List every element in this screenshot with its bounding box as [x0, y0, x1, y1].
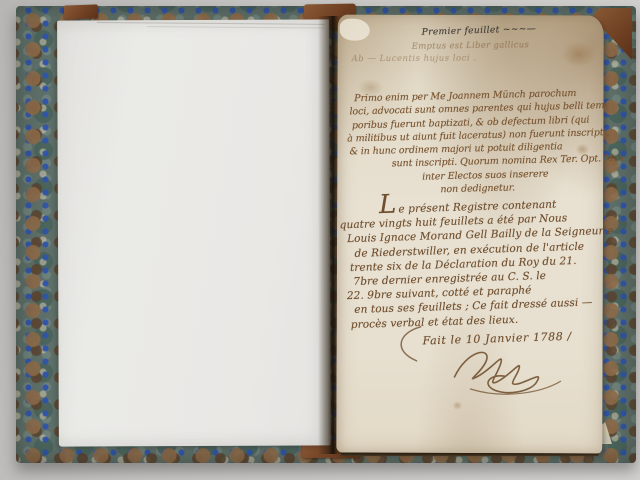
left-page-blank — [57, 19, 331, 446]
signature-flourish-icon — [444, 343, 576, 397]
stain — [452, 401, 462, 410]
handwritten-faded-line: Ab — Lucentis hujus loci . — [352, 53, 477, 64]
sheet-edge-line — [97, 22, 325, 25]
handwritten-faded-line: Emptus est Liber gallicus — [412, 40, 530, 52]
sheet-edge-line — [147, 26, 325, 28]
french-certification-block: Le présent Registre contenant quatre vin… — [339, 193, 616, 332]
stain — [562, 41, 596, 67]
paper-damage-patch — [340, 19, 370, 41]
leather-spine-patch — [64, 4, 98, 19]
handwritten-title-line: Premier feuillet ~~~— — [422, 24, 537, 38]
pen-swash-icon — [389, 323, 429, 365]
latin-note-block: Primo enim per Me Joannem Münch parochum… — [346, 86, 628, 199]
right-page-manuscript: Premier feuillet ~~~— Emptus est Liber g… — [336, 15, 604, 454]
photo-backdrop: Premier feuillet ~~~— Emptus est Liber g… — [0, 0, 640, 480]
